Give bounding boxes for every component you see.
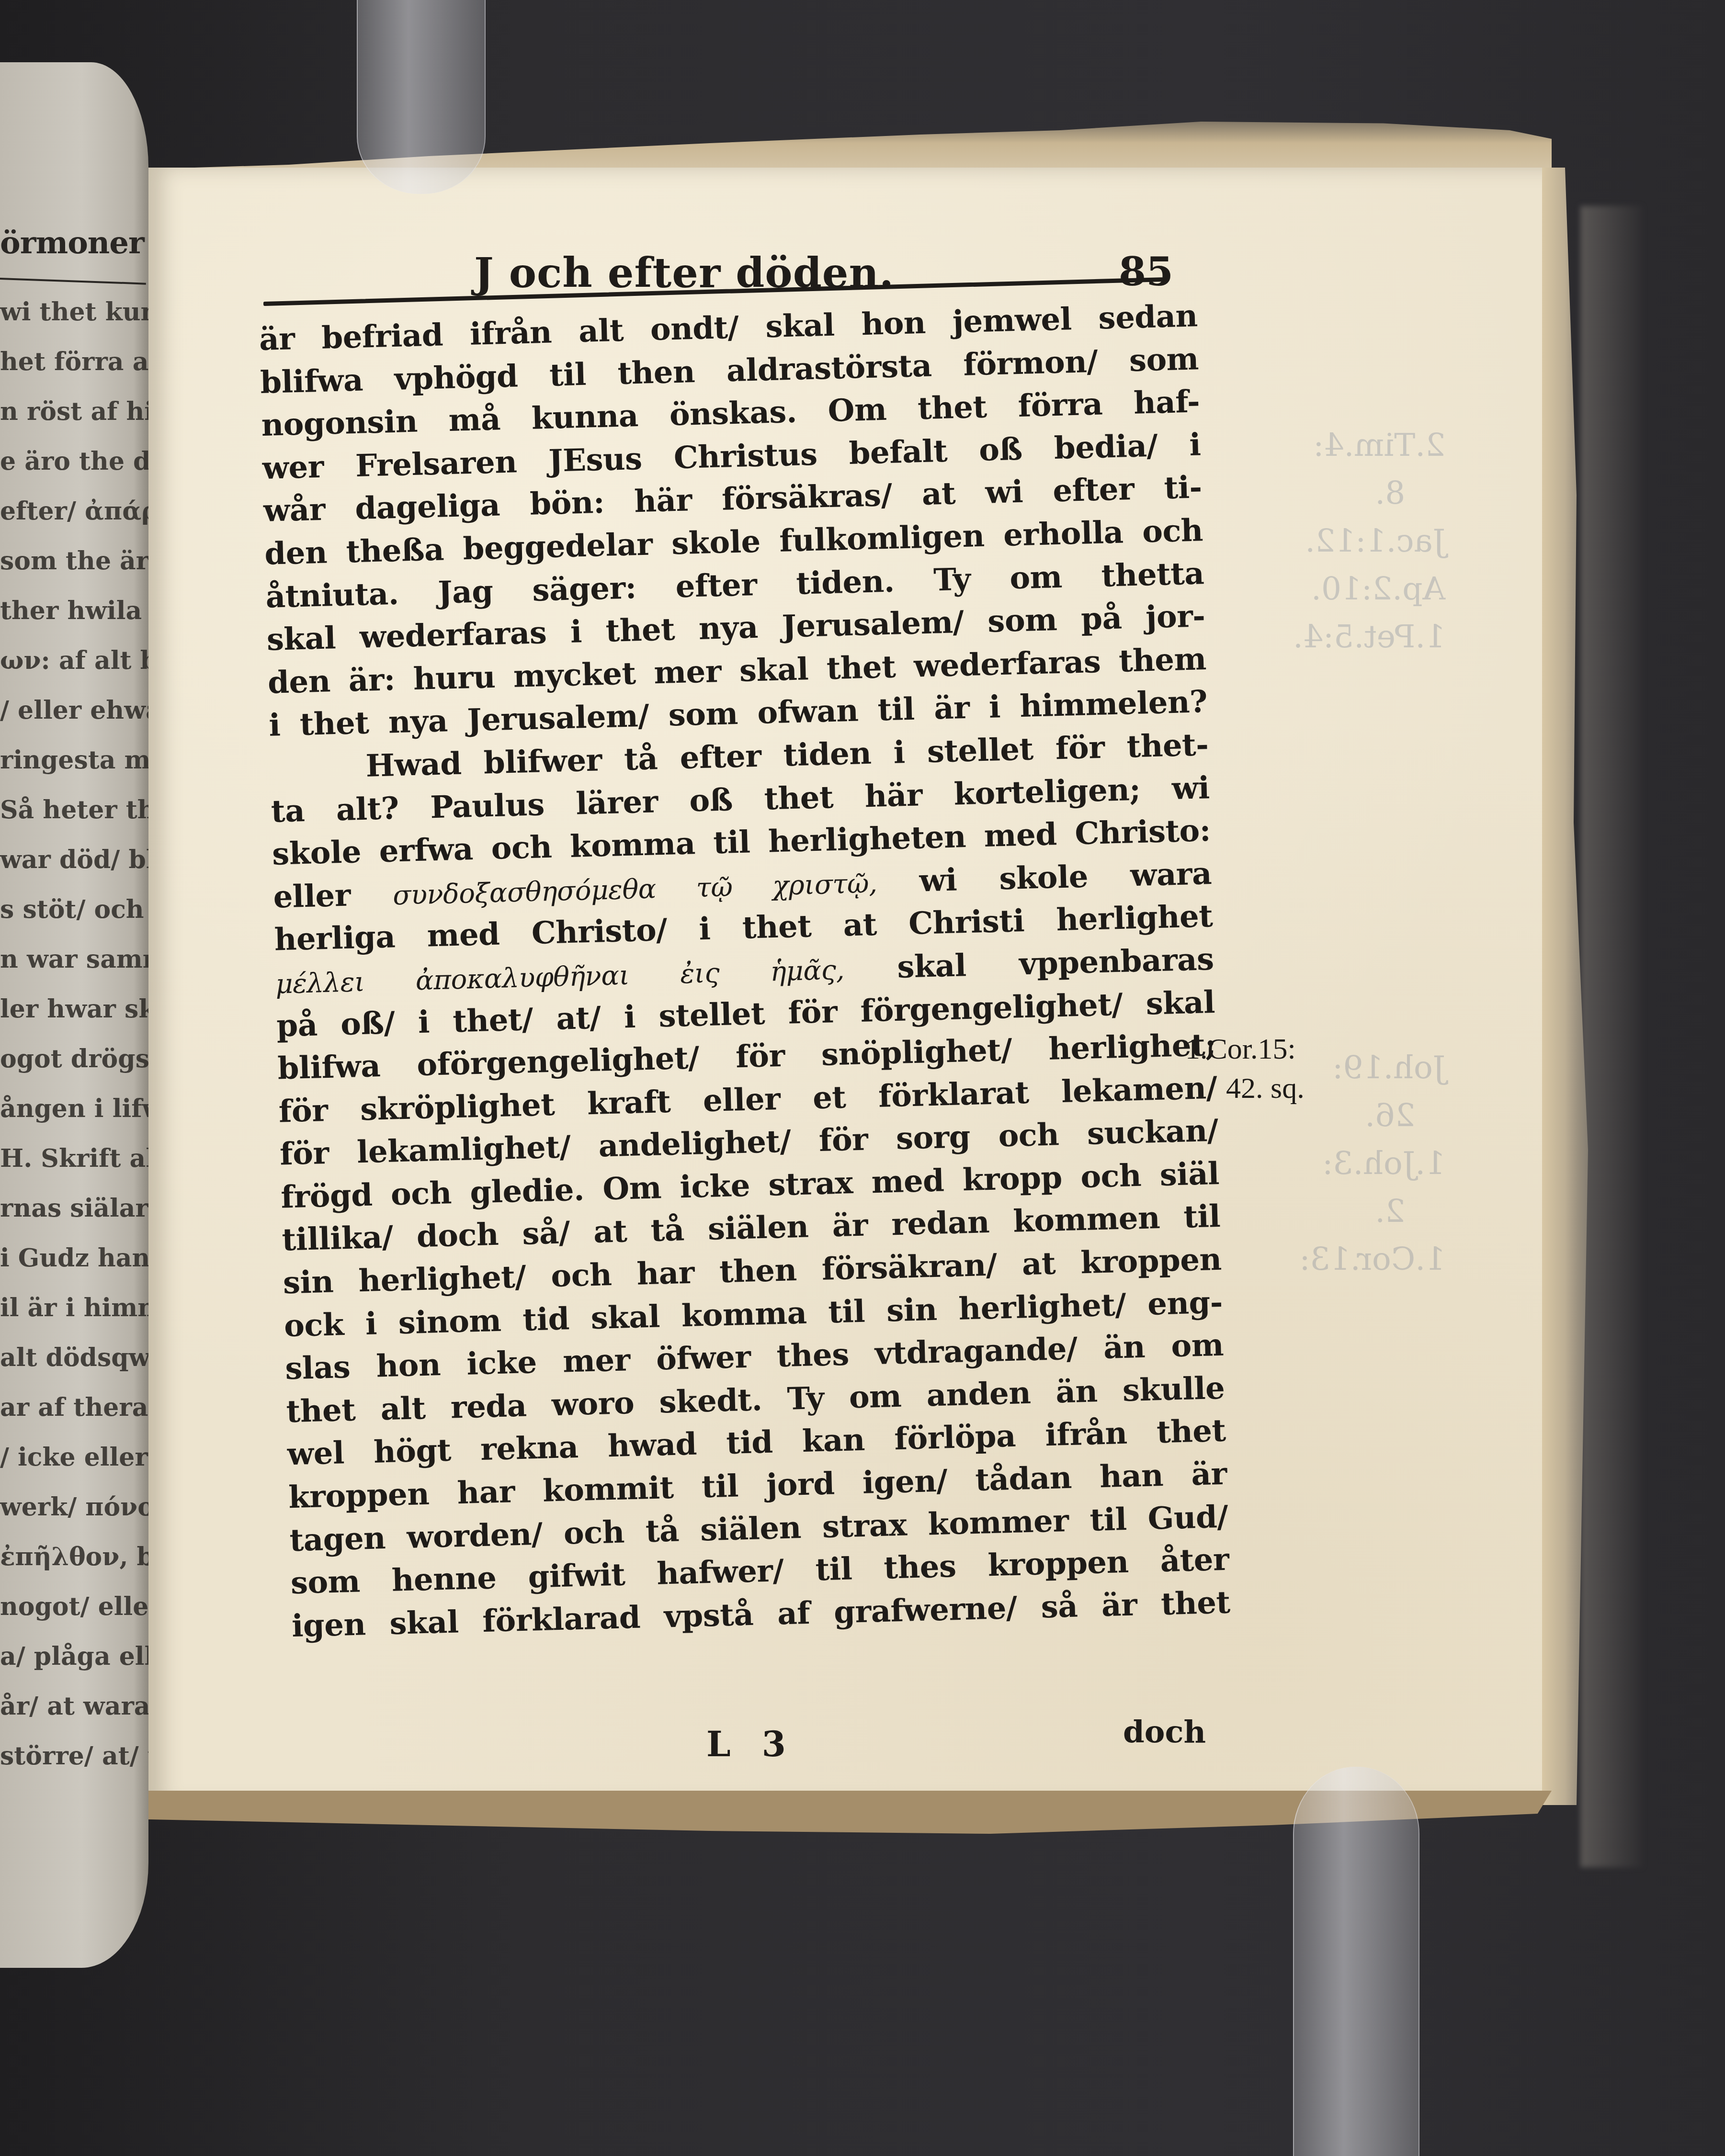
page-number: 85 bbox=[1119, 249, 1173, 295]
text-fragment: eller bbox=[273, 877, 351, 915]
left-text-line: ogot drögsmål bbox=[0, 1034, 148, 1084]
left-text-line: het förra angår/ bbox=[0, 337, 148, 387]
left-text-line: a/ plåga eller bbox=[0, 1632, 148, 1682]
text-fragment: wi skole wara bbox=[919, 856, 1212, 899]
left-text-line: alt dödsqwal; bbox=[0, 1333, 148, 1383]
left-text-line: nogot/ eller thet bbox=[0, 1582, 148, 1632]
left-text-line: wi thet kunnat bbox=[0, 287, 148, 337]
glass-weight-top bbox=[357, 0, 486, 194]
left-text-line: s stöt/ och hade th bbox=[0, 885, 148, 935]
left-text-line: ången i lifwet? bbox=[0, 1084, 148, 1134]
left-text-line: rnas siälar kom bbox=[0, 1184, 148, 1233]
body-text: är befriad ifrån alt ondt/ skal hon jemw… bbox=[259, 294, 1231, 1648]
left-running-head: örmoner bbox=[0, 225, 144, 261]
left-text-line: ringesta motton bbox=[0, 735, 148, 785]
marginal-reference: 1.Cor.15: 42. sq. bbox=[1185, 1029, 1305, 1108]
left-text-line: större/ at/ tå bbox=[0, 1731, 148, 1781]
left-text-line: efter/ ἀπάρτι, ifrå bbox=[0, 486, 148, 536]
left-text-line: ἐπῆλθον, bortgång bbox=[0, 1532, 148, 1582]
marginal-reference-line: 1.Cor.15: bbox=[1185, 1029, 1305, 1069]
marginal-reference-line: 42. sq. bbox=[1185, 1069, 1305, 1108]
show-through-text: 2.Tim.4: 8. Jac.1:12. Ap.2:10. 1.Pet.5:4… bbox=[1293, 421, 1445, 1283]
left-text-line: n röst af himmele bbox=[0, 387, 148, 437]
left-header-rule bbox=[0, 278, 146, 285]
left-text-line: / eller ehwad nam bbox=[0, 686, 148, 735]
left-text-line: werk/ πόνος. T bbox=[0, 1482, 148, 1532]
left-text-line: ar af theras ögo bbox=[0, 1383, 148, 1433]
left-text-line: e äro the döde bbox=[0, 437, 148, 486]
left-text-line: / icke eller grå bbox=[0, 1433, 148, 1482]
left-text-line: ler hwar skulle bbox=[0, 984, 148, 1034]
catchword: doch bbox=[1123, 1714, 1206, 1750]
left-text-line: n war samma bbox=[0, 935, 148, 984]
left-text-line: ων: af alt befri bbox=[0, 636, 148, 686]
signature-mark: L 3 bbox=[706, 1724, 795, 1764]
left-text-line: som the äro stilde bbox=[0, 536, 148, 586]
text-fragment: skal vppenbaras bbox=[897, 941, 1214, 985]
left-text-line: il är i himmelen bbox=[0, 1283, 148, 1333]
left-text-line: ther hwila ifrå bbox=[0, 586, 148, 636]
left-facing-page: örmoner wi thet kunnat het förra angår/ … bbox=[0, 62, 148, 1968]
left-text-line: war död/ blef bbox=[0, 835, 148, 885]
left-text-line: Så heter thet bbox=[0, 785, 148, 835]
left-text-line: år/ at wara fr bbox=[0, 1682, 148, 1731]
left-text-line: H. Skrift aldeles bbox=[0, 1134, 148, 1184]
page-shadow bbox=[1580, 206, 1643, 1867]
left-text-line: i Gudz hand/ bbox=[0, 1233, 148, 1283]
left-page-text: wi thet kunnat het förra angår/ n röst a… bbox=[0, 287, 148, 1781]
greek-quotation: συνδοξασθησόμεθα τῷ χριστῷ, bbox=[392, 868, 877, 911]
glass-weight-bottom bbox=[1293, 1767, 1419, 2156]
